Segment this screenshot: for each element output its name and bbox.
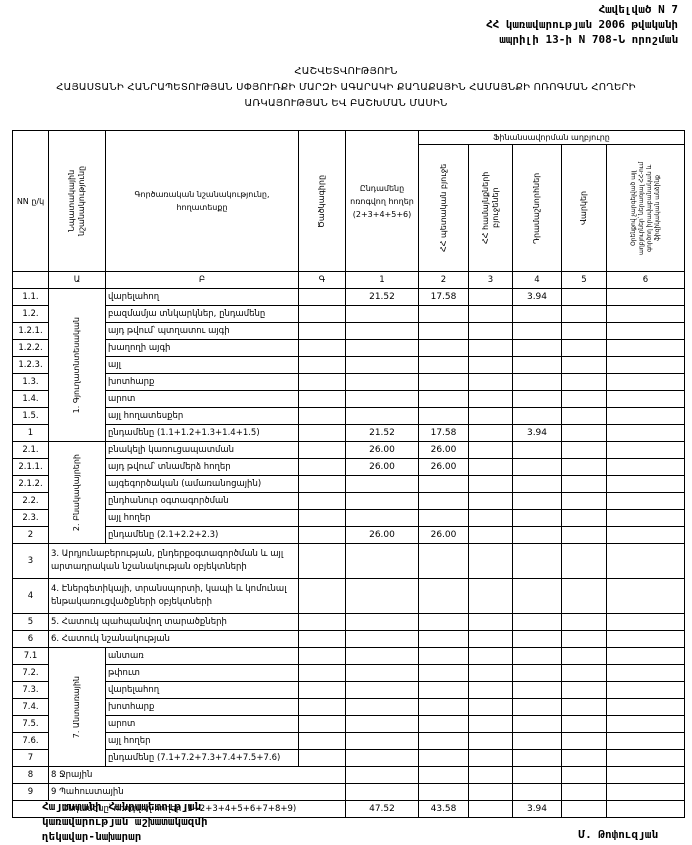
table-row: 1ընդամենը (1.1+1.2+1.3+1.4+1.5)21.5217.5… (13, 425, 685, 442)
value-cell (562, 510, 607, 527)
table-row: 7ընդամենը (7.1+7.2+7.3+7.4+7.5+7.6) (13, 750, 685, 767)
value-cell (562, 733, 607, 750)
code-cell (299, 391, 346, 408)
row-number: 2.3. (13, 510, 49, 527)
value-cell: 26.00 (419, 442, 469, 459)
value-cell (562, 425, 607, 442)
value-cell (513, 340, 562, 357)
row-number: 3 (13, 544, 49, 579)
value-cell (469, 716, 513, 733)
signatory-line-1: Հայաստանի Հանրապետության (42, 799, 208, 814)
value-cell (346, 699, 419, 716)
code-cell (299, 510, 346, 527)
value-cell (346, 340, 419, 357)
index-cell: 5 (562, 272, 607, 289)
value-cell (346, 767, 419, 784)
code-cell (299, 289, 346, 306)
title-line-2: ՀԱՅԱՍՏԱՆԻ ՀԱՆՐԱՊԵՏՈՒԹՅԱՆ ՍՓՅՈՒՌՔԻ ՄԱՐԶԻ … (0, 80, 692, 96)
row-number: 7 (13, 750, 49, 767)
row-number: 7.3. (13, 682, 49, 699)
value-cell (607, 493, 685, 510)
index-cell: Բ (106, 272, 299, 289)
index-cell: 4 (513, 272, 562, 289)
value-cell (469, 699, 513, 716)
value-cell (607, 459, 685, 476)
value-cell (562, 391, 607, 408)
value-cell (469, 750, 513, 767)
header-code: Ծածկագիրը (299, 131, 346, 272)
value-cell (346, 357, 419, 374)
value-cell (419, 510, 469, 527)
value-cell (469, 614, 513, 631)
index-row: Ա Բ Գ 1 2 3 4 5 6 (13, 272, 685, 289)
row-number: 1.2.1. (13, 323, 49, 340)
irrigated-land-table: NN ը/կ Նպատակային նշանակությունը Գործառա… (12, 130, 685, 818)
header-purpose: Գործառական նշանակությունը, հողատեսքը (106, 131, 299, 272)
row-label: անտառ (106, 648, 299, 665)
code-cell (299, 357, 346, 374)
row-label: 6. Հատուկ նշանակության (49, 631, 299, 648)
row-number: 1.2.2. (13, 340, 49, 357)
code-cell (299, 631, 346, 648)
value-cell (562, 750, 607, 767)
title-line-1: ՀԱՇՎԵՏՎՈՒԹՅՈՒՆ (0, 64, 692, 80)
value-cell (513, 579, 562, 614)
section-label-text: 2. Բնակավայրերի (72, 454, 82, 531)
row-number: 2.2. (13, 493, 49, 510)
table-row: 1.5.այլ հողատեսքեր (13, 408, 685, 425)
value-cell (419, 648, 469, 665)
table-row: 1.2.3.այլ (13, 357, 685, 374)
value-cell (607, 614, 685, 631)
value-cell: 21.52 (346, 289, 419, 306)
row-label: բնակելի կառուցապատման (106, 442, 299, 459)
table-row: 1.2.1.այդ թվում՝ պտղատու այգի (13, 323, 685, 340)
code-cell (299, 716, 346, 733)
table-row: 55. Հատուկ պահպանվող տարածքների (13, 614, 685, 631)
row-label: 9 Պահուստային (49, 784, 346, 801)
value-cell (607, 801, 685, 818)
header-loans: Վարկեր (562, 145, 607, 272)
row-label: բազմամյա տնկարկներ, ընդամենը (106, 306, 299, 323)
value-cell (607, 408, 685, 425)
value-cell (419, 493, 469, 510)
value-cell (469, 357, 513, 374)
header-funding-source: Ֆինանսավորման աղբյուրը (419, 131, 685, 145)
table-row: 66. Հատուկ նշանակության (13, 631, 685, 648)
value-cell (419, 408, 469, 425)
value-cell (607, 682, 685, 699)
section-label: 1. Գյուղատնտեսական (49, 289, 106, 442)
value-cell (346, 323, 419, 340)
value-cell (562, 614, 607, 631)
value-cell (562, 784, 607, 801)
value-cell (469, 801, 513, 818)
row-label: այգեգործական (ամառանոցային) (106, 476, 299, 493)
table-row: 7.6.այլ հողեր (13, 733, 685, 750)
value-cell (469, 767, 513, 784)
value-cell (607, 527, 685, 544)
value-cell (419, 767, 469, 784)
row-number: 1.3. (13, 374, 49, 391)
code-cell (299, 579, 346, 614)
value-cell (346, 510, 419, 527)
value-cell (513, 527, 562, 544)
code-cell (299, 459, 346, 476)
value-cell (469, 544, 513, 579)
value-cell (419, 340, 469, 357)
value-cell (562, 408, 607, 425)
value-cell (513, 408, 562, 425)
value-cell (513, 374, 562, 391)
index-cell (13, 272, 49, 289)
value-cell (419, 544, 469, 579)
index-cell: 1 (346, 272, 419, 289)
annex-heading: Հավելված N 7 ՀՀ կառավարության 2006 թվակա… (486, 2, 678, 47)
value-cell: 26.00 (419, 527, 469, 544)
value-cell (562, 631, 607, 648)
value-cell (562, 801, 607, 818)
value-cell: 17.58 (419, 289, 469, 306)
header-community-budgets: ՀՀ համայնքների բյուջեներ (469, 145, 513, 272)
table-row: 88 Ջրային (13, 767, 685, 784)
row-label: ընդհանուր օգտագործման (106, 493, 299, 510)
row-label: խաղողի այգի (106, 340, 299, 357)
annex-line-2: ՀՀ կառավարության 2006 թվականի (486, 17, 678, 32)
title-line-3: ԱՌԿԱՅՈՒԹՅԱՆ ԵՎ ԲԱՇԽՄԱՆ ՄԱՍԻՆ (0, 96, 692, 112)
value-cell (469, 527, 513, 544)
code-cell (299, 665, 346, 682)
value-cell (469, 733, 513, 750)
value-cell (607, 784, 685, 801)
code-cell (299, 699, 346, 716)
code-cell (299, 648, 346, 665)
value-cell (469, 648, 513, 665)
table-row: 1.3.խոտհարք (13, 374, 685, 391)
table-row: 1.1.1. Գյուղատնտեսականվարելահող21.5217.5… (13, 289, 685, 306)
value-cell (562, 340, 607, 357)
table-row: 1.2.բազմամյա տնկարկներ, ընդամենը (13, 306, 685, 323)
value-cell (607, 289, 685, 306)
value-cell (607, 340, 685, 357)
code-cell (299, 750, 346, 767)
value-cell (562, 306, 607, 323)
row-number: 4 (13, 579, 49, 614)
value-cell (346, 733, 419, 750)
value-cell (562, 682, 607, 699)
table-row: 7.2.թփուտ (13, 665, 685, 682)
section-label-text: 1. Գյուղատնտեսական (72, 317, 82, 413)
code-cell (299, 340, 346, 357)
table-row: 7.3.վարելահող (13, 682, 685, 699)
value-cell (419, 579, 469, 614)
value-cell (513, 767, 562, 784)
value-cell (469, 459, 513, 476)
value-cell (346, 750, 419, 767)
table-row: 99 Պահուստային (13, 784, 685, 801)
value-cell (346, 306, 419, 323)
value-cell (562, 579, 607, 614)
row-number: 1.5. (13, 408, 49, 425)
value-cell (562, 493, 607, 510)
row-number: 7.5. (13, 716, 49, 733)
value-cell (607, 648, 685, 665)
value-cell: 3.94 (513, 801, 562, 818)
row-label: այլ հողեր (106, 510, 299, 527)
table-row: 7.17. Անտառայինանտառ (13, 648, 685, 665)
row-label: ընդամենը (2.1+2.2+2.3) (106, 527, 299, 544)
value-cell: 43.58 (419, 801, 469, 818)
section-label: 7. Անտառային (49, 648, 106, 767)
value-cell (513, 459, 562, 476)
value-cell (562, 323, 607, 340)
table-row: 2ընդամենը (2.1+2.2+2.3)26.0026.00 (13, 527, 685, 544)
value-cell (513, 682, 562, 699)
value-cell (469, 391, 513, 408)
value-cell (419, 682, 469, 699)
row-label: ընդամենը (7.1+7.2+7.3+7.4+7.5+7.6) (106, 750, 299, 767)
value-cell (607, 442, 685, 459)
value-cell (469, 289, 513, 306)
value-cell (419, 699, 469, 716)
value-cell (419, 357, 469, 374)
value-cell (562, 527, 607, 544)
index-cell: 6 (607, 272, 685, 289)
signatory-line-2: կառավարության աշխատակազմի (42, 814, 208, 829)
value-cell (469, 408, 513, 425)
value-cell (469, 510, 513, 527)
value-cell (469, 476, 513, 493)
value-cell (562, 476, 607, 493)
value-cell: 21.52 (346, 425, 419, 442)
value-cell (346, 614, 419, 631)
code-cell (299, 408, 346, 425)
annex-line-3: ապրիլի 13-ի N 708-Ն որոշման (486, 32, 678, 47)
table-row: 44. Էներգետիկայի, տրանսպորտի, կապի և կոմ… (13, 579, 685, 614)
code-cell (299, 733, 346, 750)
value-cell (513, 544, 562, 579)
row-label: 4. Էներգետիկայի, տրանսպորտի, կապի և կոմո… (49, 579, 299, 614)
value-cell (607, 716, 685, 733)
value-cell (607, 425, 685, 442)
value-cell (607, 544, 685, 579)
value-cell (562, 699, 607, 716)
code-cell (299, 425, 346, 442)
value-cell (562, 289, 607, 306)
value-cell (346, 374, 419, 391)
row-number: 9 (13, 784, 49, 801)
value-cell (607, 665, 685, 682)
header-category: Նպատակային նշանակությունը (49, 131, 106, 272)
value-cell (513, 442, 562, 459)
value-cell (562, 665, 607, 682)
value-cell (469, 323, 513, 340)
value-cell (419, 614, 469, 631)
value-cell (419, 631, 469, 648)
code-cell (299, 682, 346, 699)
value-cell (513, 733, 562, 750)
value-cell (469, 682, 513, 699)
row-number: 7.6. (13, 733, 49, 750)
value-cell (346, 631, 419, 648)
row-label: 3. Արդյունաբերության, ընդերքօգտագործման … (49, 544, 299, 579)
row-label: այլ հողատեսքեր (106, 408, 299, 425)
row-number: 8 (13, 767, 49, 784)
index-cell: 2 (419, 272, 469, 289)
value-cell (346, 716, 419, 733)
row-label: այլ հողեր (106, 733, 299, 750)
table-row: 2.2.ընդհանուր օգտագործման (13, 493, 685, 510)
value-cell (562, 357, 607, 374)
row-label: արոտ (106, 391, 299, 408)
index-cell: Գ (299, 272, 346, 289)
value-cell (562, 374, 607, 391)
row-label: այլ (106, 357, 299, 374)
value-cell (513, 648, 562, 665)
value-cell (562, 544, 607, 579)
row-label: 5. Հատուկ պահպանվող տարածքների (49, 614, 299, 631)
header-state-budget: ՀՀ պետական բյուջե (419, 145, 469, 272)
row-label: վարելահող (106, 289, 299, 306)
row-label: այդ թվում՝ տնամերձ հողեր (106, 459, 299, 476)
value-cell (419, 750, 469, 767)
value-cell (469, 374, 513, 391)
value-cell (607, 767, 685, 784)
value-cell (346, 784, 419, 801)
value-cell (607, 631, 685, 648)
value-cell (562, 648, 607, 665)
row-label: ընդամենը (1.1+1.2+1.3+1.4+1.5) (106, 425, 299, 442)
value-cell (346, 544, 419, 579)
code-cell (299, 614, 346, 631)
value-cell (469, 579, 513, 614)
value-cell (346, 682, 419, 699)
value-cell (607, 306, 685, 323)
value-cell (419, 476, 469, 493)
code-cell (299, 527, 346, 544)
value-cell (607, 374, 685, 391)
row-number: 1.2.3. (13, 357, 49, 374)
header-number: NN ը/կ (13, 131, 49, 272)
row-number: 7.2. (13, 665, 49, 682)
value-cell: 17.58 (419, 425, 469, 442)
table-row: 2.1.1.այդ թվում՝ տնամերձ հողեր26.0026.00 (13, 459, 685, 476)
value-cell: 26.00 (346, 527, 419, 544)
code-cell (299, 306, 346, 323)
row-label: վարելահող (106, 682, 299, 699)
value-cell (513, 699, 562, 716)
value-cell (607, 323, 685, 340)
row-number: 6 (13, 631, 49, 648)
value-cell (419, 716, 469, 733)
row-label: խոտհարք (106, 699, 299, 716)
code-cell (299, 374, 346, 391)
signatory-name: Մ. Թոփուզյան (579, 828, 658, 841)
row-number: 2.1.1. (13, 459, 49, 476)
value-cell (469, 442, 513, 459)
row-number: 7.4. (13, 699, 49, 716)
table-row: 7.5.արոտ (13, 716, 685, 733)
value-cell (607, 476, 685, 493)
value-cell (562, 442, 607, 459)
value-cell (607, 699, 685, 716)
value-cell (513, 357, 562, 374)
value-cell: 26.00 (346, 442, 419, 459)
table-row: 2.1.2. Բնակավայրերիբնակելի կառուցապատման… (13, 442, 685, 459)
row-number: 1.2. (13, 306, 49, 323)
value-cell (513, 784, 562, 801)
value-cell (607, 391, 685, 408)
value-cell (419, 391, 469, 408)
code-cell (299, 493, 346, 510)
table-row: 7.4.խոտհարք (13, 699, 685, 716)
value-cell (346, 648, 419, 665)
value-cell (419, 323, 469, 340)
value-cell (513, 493, 562, 510)
section-label: 2. Բնակավայրերի (49, 442, 106, 544)
value-cell (562, 767, 607, 784)
value-cell (419, 374, 469, 391)
row-number: 1.4. (13, 391, 49, 408)
table-row: 1.4.արոտ (13, 391, 685, 408)
value-cell (419, 306, 469, 323)
code-cell (299, 323, 346, 340)
table-row: 2.3.այլ հողեր (13, 510, 685, 527)
value-cell (346, 493, 419, 510)
code-cell (299, 442, 346, 459)
value-cell (346, 665, 419, 682)
row-label: թփուտ (106, 665, 299, 682)
value-cell: 26.00 (346, 459, 419, 476)
index-cell: Ա (49, 272, 106, 289)
value-cell (562, 459, 607, 476)
value-cell (607, 750, 685, 767)
section-label-text: 7. Անտառային (72, 676, 82, 738)
value-cell: 26.00 (419, 459, 469, 476)
value-cell (419, 733, 469, 750)
value-cell: 3.94 (513, 425, 562, 442)
value-cell (469, 493, 513, 510)
value-cell (513, 750, 562, 767)
row-number: 5 (13, 614, 49, 631)
document-title: ՀԱՇՎԵՏՎՈՒԹՅՈՒՆ ՀԱՅԱՍՏԱՆԻ ՀԱՆՐԱՊԵՏՈՒԹՅԱՆ … (0, 64, 692, 112)
value-cell (513, 510, 562, 527)
value-cell (513, 665, 562, 682)
row-label: արոտ (106, 716, 299, 733)
row-label: 8 Ջրային (49, 767, 346, 784)
value-cell (346, 579, 419, 614)
header-other-sources: Օրենքով չարգելված այլ աղբյուրներ՝ ներառյ… (607, 145, 685, 272)
value-cell (419, 665, 469, 682)
row-number: 1 (13, 425, 49, 442)
value-cell (346, 408, 419, 425)
value-cell (346, 476, 419, 493)
value-cell (513, 614, 562, 631)
value-cell (469, 306, 513, 323)
code-cell (299, 544, 346, 579)
value-cell (419, 784, 469, 801)
index-cell: 3 (469, 272, 513, 289)
value-cell (469, 425, 513, 442)
row-label: խոտհարք (106, 374, 299, 391)
value-cell (346, 391, 419, 408)
value-cell (513, 716, 562, 733)
signatory-line-3: ղեկավար-նախարար (42, 829, 208, 844)
value-cell (607, 510, 685, 527)
row-number: 7.1 (13, 648, 49, 665)
value-cell (607, 357, 685, 374)
table-row: 2.1.2.այգեգործական (ամառանոցային) (13, 476, 685, 493)
